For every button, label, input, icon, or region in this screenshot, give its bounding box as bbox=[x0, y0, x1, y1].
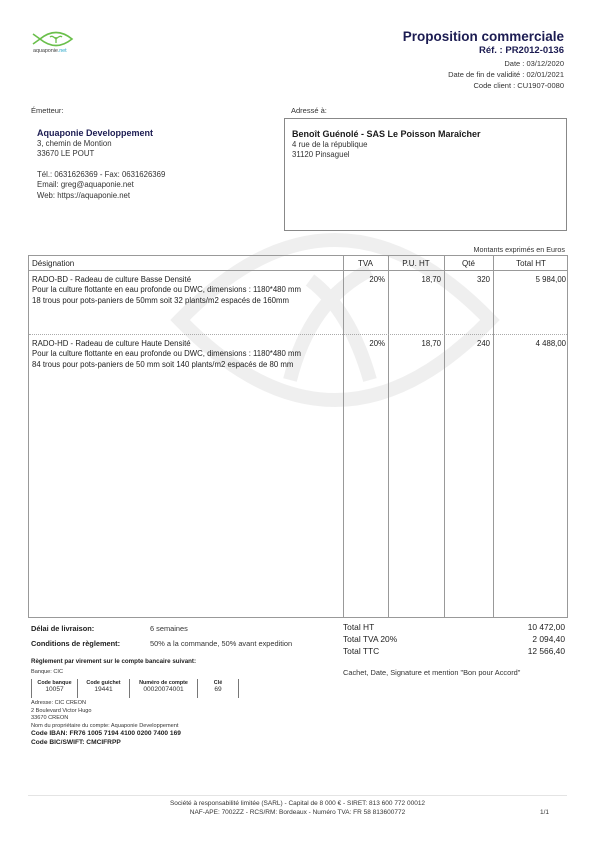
bank-address1: 2 Boulevard Victor Hugo bbox=[31, 708, 92, 714]
bank-address-label: Adresse: CIC CREON bbox=[31, 700, 86, 706]
emitter-block: Aquaponie Developpement 3, chemin de Mon… bbox=[31, 118, 281, 218]
recipient-address2: 31120 Pinsaguel bbox=[292, 150, 559, 160]
recipient-name: Benoît Guénolé - SAS Le Poisson Maraîche… bbox=[292, 129, 559, 139]
bank-address2: 33670 CREON bbox=[31, 715, 68, 721]
total-tva-value: 2 094,40 bbox=[532, 634, 565, 644]
emitter-address2: 33670 LE POUT bbox=[37, 149, 275, 159]
account-number-value: 00020074001 bbox=[130, 686, 197, 693]
header-unit-price: P.U. HT bbox=[388, 259, 444, 268]
document-reference: Réf. : PR2012-0136 bbox=[479, 45, 564, 56]
page-number: 1/1 bbox=[540, 809, 549, 816]
table-header: Désignation TVA P.U. HT Qté Total HT bbox=[29, 256, 567, 271]
total-tva-label: Total TVA 20% bbox=[343, 634, 397, 644]
col-divider bbox=[444, 256, 445, 617]
document-title: Proposition commerciale bbox=[403, 29, 564, 44]
footer-divider bbox=[28, 795, 567, 796]
row-total: 5 984,00 bbox=[493, 275, 566, 284]
client-code: Code client : CU1907-0080 bbox=[474, 81, 564, 90]
emitter-label: Émetteur: bbox=[31, 106, 64, 115]
emitter-address1: 3, chemin de Montion bbox=[37, 139, 275, 149]
row-description: Pour la culture flottante en eau profond… bbox=[32, 285, 301, 295]
row-tva: 20% bbox=[343, 339, 385, 348]
logo-text: aquaponie.net bbox=[33, 48, 67, 54]
emitter-email[interactable]: Email: greg@aquaponie.net bbox=[37, 180, 275, 190]
bic-code: Code BIC/SWIFT: CMCIFRPP bbox=[31, 739, 121, 746]
payment-label: Conditions de règlement: bbox=[31, 639, 120, 648]
row-tva: 20% bbox=[343, 275, 385, 284]
row-unit-price: 18,70 bbox=[388, 275, 441, 284]
emitter-phone-fax: Tél.: 0631626369 - Fax: 0631626369 bbox=[37, 170, 275, 180]
recipient-address1: 4 rue de la république bbox=[292, 140, 559, 150]
header-tva: TVA bbox=[343, 259, 388, 268]
total-ht-value: 10 472,00 bbox=[528, 622, 565, 632]
branch-code-cell: Code guichet 19441 bbox=[77, 679, 129, 698]
signature-note: Cachet, Date, Signature et mention "Bon … bbox=[343, 668, 520, 677]
header-qty: Qté bbox=[444, 259, 493, 268]
delivery-label: Délai de livraison: bbox=[31, 624, 94, 633]
recipient-label: Adressé à: bbox=[291, 106, 327, 115]
footer-legal-line1: Société à responsabilité limitée (SARL) … bbox=[0, 800, 595, 807]
payment-value: 50% a la commande, 50% avant expedition bbox=[150, 639, 292, 648]
row-description: 84 trous pour pots-paniers de 50 mm soit… bbox=[32, 360, 293, 370]
bank-code-value: 10057 bbox=[32, 686, 77, 693]
footer-legal-line2: NAF-APE: 7002ZZ - RCS/RM: Bordeaux - Num… bbox=[0, 809, 595, 816]
total-ttc-value: 12 566,40 bbox=[528, 646, 565, 656]
row-total: 4 488,00 bbox=[493, 339, 566, 348]
delivery-value: 6 semaines bbox=[150, 624, 188, 633]
items-table: Désignation TVA P.U. HT Qté Total HT RAD… bbox=[28, 255, 568, 618]
row-qty: 320 bbox=[444, 275, 490, 284]
bank-title: Règlement par virement sur le compte ban… bbox=[31, 658, 196, 665]
row-description: 18 trous pour pots-paniers de 50mm soit … bbox=[32, 296, 289, 306]
iban-code: Code IBAN: FR76 1005 7194 4100 0200 7400… bbox=[31, 730, 181, 737]
bank-code-cell: Code banque 10057 bbox=[31, 679, 77, 698]
emitter-web[interactable]: Web: https://aquaponie.net bbox=[37, 191, 275, 201]
currency-note: Montants exprimés en Euros bbox=[474, 245, 565, 254]
document-date: Date : 03/12/2020 bbox=[504, 59, 564, 68]
key-value: 69 bbox=[198, 686, 238, 693]
row-title: RADO-BD - Radeau de culture Basse Densit… bbox=[32, 275, 191, 285]
total-ht-label: Total HT bbox=[343, 622, 374, 632]
row-title: RADO-HD - Radeau de culture Haute Densit… bbox=[32, 339, 191, 349]
col-divider bbox=[388, 256, 389, 617]
emitter-name: Aquaponie Developpement bbox=[37, 128, 275, 138]
account-owner: Nom du propriétaire du compte: Aquaponie… bbox=[31, 723, 178, 729]
bank-name: Banque: CIC bbox=[31, 669, 63, 675]
header-designation: Désignation bbox=[32, 259, 74, 268]
row-description: Pour la culture flottante en eau profond… bbox=[32, 349, 301, 359]
header-total: Total HT bbox=[493, 259, 569, 268]
row-separator bbox=[29, 334, 567, 335]
account-number-cell: Numéro de compte 00020074001 bbox=[129, 679, 197, 698]
row-unit-price: 18,70 bbox=[388, 339, 441, 348]
total-ttc-label: Total TTC bbox=[343, 646, 379, 656]
validity-date: Date de fin de validité : 02/01/2021 bbox=[448, 70, 564, 79]
key-cell: Clé 69 bbox=[197, 679, 239, 698]
col-divider bbox=[343, 256, 344, 617]
branch-code-value: 19441 bbox=[78, 686, 129, 693]
col-divider bbox=[493, 256, 494, 617]
recipient-block: Benoît Guénolé - SAS Le Poisson Maraîche… bbox=[284, 118, 567, 231]
row-qty: 240 bbox=[444, 339, 490, 348]
